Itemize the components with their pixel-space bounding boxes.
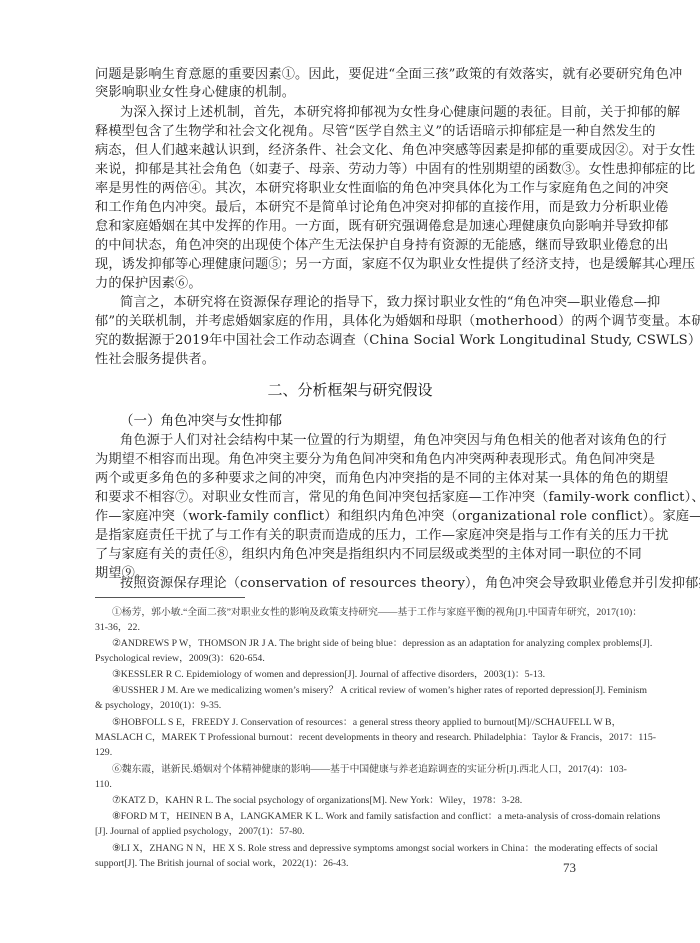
body-line: 现，诱发抑郁等心理健康问题⑤；另一方面，家庭不仅为职业女性提供了经济支持，也是缓… [95, 256, 606, 274]
section-heading: 二、分析框架与研究假设 [0, 380, 700, 400]
footnote-line: ⑦KATZ D，KAHN R L. The social psychology … [112, 794, 606, 808]
body-line: 郁”的关联机制，并考虑婚姻家庭的作用，具体化为婚姻和母职（motherhood）… [95, 313, 606, 331]
footnote-line: support[J]. The British journal of socia… [95, 857, 606, 871]
footnote-line: [J]. Journal of applied psychology，2007(… [95, 825, 606, 839]
footnote-line: ⑨LI X，ZHANG N N，HE X S. Role stress and … [112, 842, 606, 856]
footnote-line: 129. [95, 746, 606, 760]
paper-page: 问题是影响生育意愿的重要因素①。因此，要促进“全面三孩”政策的有效落实，就有必要… [0, 0, 700, 943]
body-line: 了与家庭有关的责任⑧，组织内角色冲突是指组织内不同层级或类型的主体对同一职位的不… [95, 546, 606, 564]
footnote-line: ④USSHER J M. Are we medicalizing women’s… [112, 684, 606, 698]
body-line: 作—家庭冲突（work-family conflict）和组织内角色冲突（org… [95, 508, 606, 526]
body-line: 按照资源保存理论（conservation of resources theor… [120, 575, 606, 593]
footnote-line: MASLACH C，MAREK T Professional burnout：r… [95, 731, 606, 745]
body-line: 力的保护因素⑥。 [95, 275, 606, 293]
body-line: 病态，但人们越来越认识到，经济条件、社会文化、角色冲突感等因素是抑郁的重要成因②… [95, 142, 606, 160]
body-line: 简言之，本研究将在资源保存理论的指导下，致力探讨职业女性的“角色冲突—职业倦怠—… [120, 294, 606, 312]
footnote-line: ①杨芳，郭小敏.“全面二孩”对职业女性的影响及政策支持研究——基于工作与家庭平衡… [112, 606, 606, 620]
footnote-line: 31-36，22. [95, 621, 606, 635]
body-line: 怠和家庭婚姻在其中发挥的作用。一方面，既有研究强调倦怠是加速心理健康负向影响并导… [95, 218, 606, 236]
body-line: 来说，抑郁是其社会角色（如妻子、母亲、劳动力等）中固有的性别期望的函数③。女性患… [95, 161, 606, 179]
body-line: 问题是影响生育意愿的重要因素①。因此，要促进“全面三孩”政策的有效落实，就有必要… [95, 66, 606, 84]
footnote-line: Psychological review，2009(3)：620-654. [95, 652, 606, 666]
body-line: 释模型包含了生物学和社会文化视角。尽管“医学自然主义”的话语暗示抑郁症是一种自然… [95, 123, 606, 141]
footnote-divider [95, 597, 245, 598]
body-line: 突影响职业女性身心健康的机制。 [95, 84, 606, 102]
footnote-line: ③KESSLER R C. Epidemiology of women and … [112, 668, 606, 682]
footnote-line: 110. [95, 778, 606, 792]
body-line: 率是男性的两倍④。其次，本研究将职业女性面临的角色冲突具体化为工作与家庭角色之间… [95, 180, 606, 198]
footnote-line: ⑧FORD M T，HEINEN B A，LANGKAMER K L. Work… [112, 810, 606, 824]
body-line: 为期望不相容而出现。角色冲突主要分为角色间冲突和角色内冲突两种表现形式。角色间冲… [95, 451, 606, 469]
footnote-line: ②ANDREWS P W，THOMSON JR J A. The bright … [112, 637, 606, 651]
body-line: 和工作角色内冲突。最后，本研究不是简单讨论角色冲突对抑郁的直接作用，而是致力分析… [95, 199, 606, 217]
body-line: 和要求不相容⑦。对职业女性而言，常见的角色间冲突包括家庭—工作冲突（family… [95, 489, 606, 507]
body-line: 为深入探讨上述机制，首先，本研究将抑郁视为女性身心健康问题的表征。目前，关于抑郁… [120, 104, 606, 122]
body-line: 两个或更多角色的多种要求之间的冲突，而角色内冲突指的是不同的主体对某一具体的角色… [95, 470, 606, 488]
subsection-heading: （一）角色冲突与女性抑郁 [120, 412, 282, 430]
page-number: 73 [563, 860, 576, 876]
footnote-line: ⑥魏东霞，谌新民.婚姻对个体精神健康的影响——基于中国健康与养老追踪调查的实证分… [112, 763, 606, 777]
body-line: 究的数据源于2019年中国社会工作动态调查（China Social Work … [95, 332, 606, 350]
footnote-line: ⑤HOBFOLL S E，FREEDY J. Conservation of r… [112, 716, 606, 730]
body-line: 是指家庭责任干扰了与工作有关的职责而造成的压力，工作—家庭冲突是指与工作有关的压… [95, 527, 606, 545]
body-line: 性社会服务提供者。 [95, 351, 606, 369]
body-line: 角色源于人们对社会结构中某一位置的行为期望，角色冲突因与角色相关的他者对该角色的… [120, 432, 606, 450]
footnote-line: & psychology，2010(1)：9-35. [95, 699, 606, 713]
body-line: 的中间状态，角色冲突的出现使个体产生无法保护自身持有资源的无能感，继而导致职业倦… [95, 237, 606, 255]
